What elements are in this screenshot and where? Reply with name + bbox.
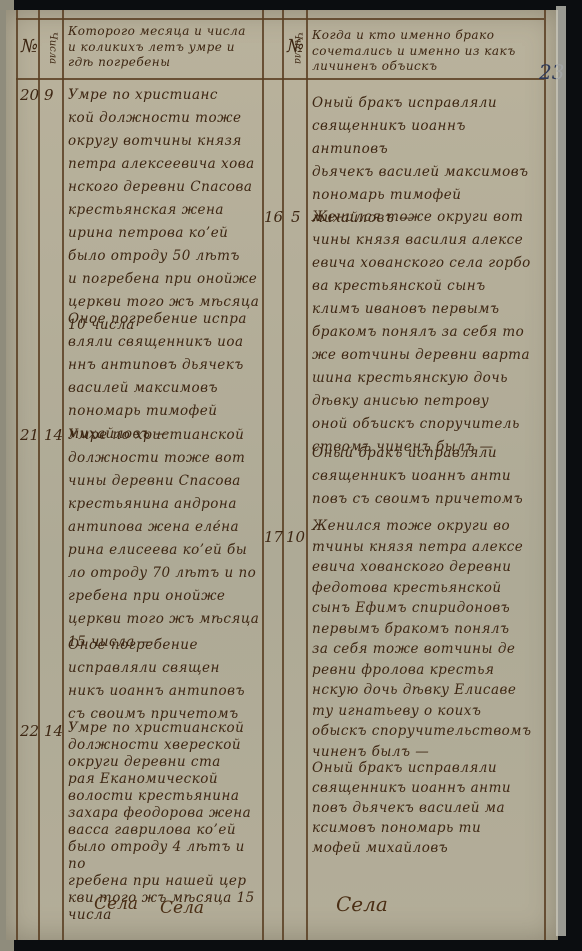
left-no-header: № <box>21 36 38 57</box>
left-entry-3-day: 14 <box>44 722 63 740</box>
left-entry-2-text: Умре по христианской должности тоже вот … <box>68 424 264 654</box>
register-page: № Числа Которого месяца и числа и колики… <box>6 10 558 940</box>
left-entry-1-day: 9 <box>44 86 54 104</box>
rule-left-margin <box>16 10 18 940</box>
right-date-header: Числа <box>292 32 303 64</box>
left-entry-2-day: 14 <box>44 426 63 444</box>
left-entry-2-officiant: Оное погребение исправляли священ никъ и… <box>68 634 264 726</box>
left-entry-2-margin-number: 17 <box>264 528 283 546</box>
left-column-title: Которого месяца и числа и коликихъ летъ … <box>68 24 258 71</box>
rule-left-date <box>62 10 64 940</box>
left-entry-3-no: 22 <box>20 722 39 740</box>
rule-right-date <box>306 10 308 940</box>
left-entry-2-no: 21 <box>20 426 39 444</box>
right-entry-2-text: Женился тоже округи вот чины князя васил… <box>312 206 544 459</box>
rule-left-no <box>38 10 40 940</box>
rule-right-text-end <box>544 10 546 940</box>
rule-right-no <box>282 10 284 940</box>
rule-header-bottom <box>16 78 544 80</box>
rule-top <box>16 18 544 20</box>
right-entry-3-text: Женился тоже округи во тчины князя петра… <box>312 516 544 762</box>
left-entry-1-text: Умре по христианс кой должности тоже окр… <box>68 84 264 337</box>
right-entry-2-officiant: Оный бракъ исправляли священникъ иоаннъ … <box>312 442 544 511</box>
left-signature-1: Села <box>94 894 138 914</box>
right-entry-3-no: 10 <box>286 528 305 546</box>
right-column-title: Когда и кто именно брако сочетались и им… <box>312 28 542 75</box>
left-entry-1-margin-number: 16 <box>264 208 283 226</box>
left-signature-2: Села <box>160 898 204 918</box>
left-date-header: Числа <box>47 32 58 64</box>
right-entry-3-officiant: Оный бракъ исправляли священникъ иоаннъ … <box>312 758 544 858</box>
left-entry-1-no: 20 <box>20 86 39 104</box>
right-entry-2-no: 5 <box>291 208 301 226</box>
right-signature: Села <box>336 892 388 916</box>
page-edge-right <box>556 6 566 936</box>
